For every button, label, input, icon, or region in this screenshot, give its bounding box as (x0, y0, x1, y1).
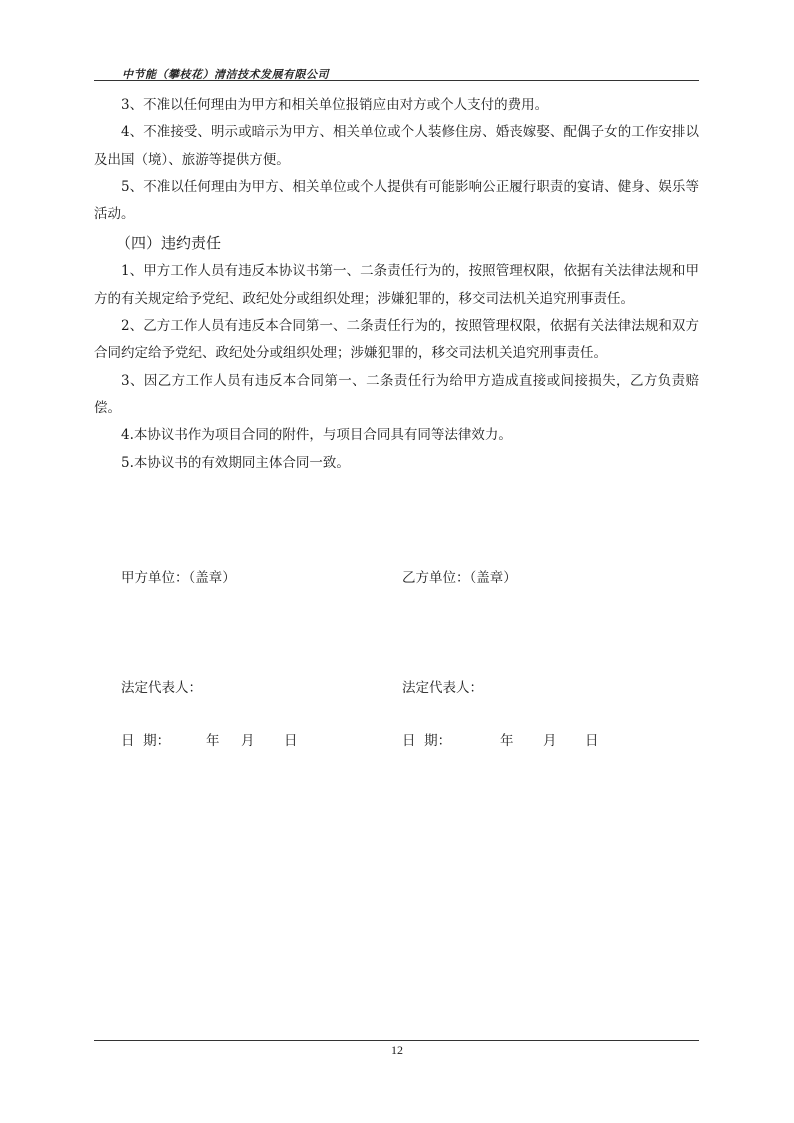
party-a-month: 月 (241, 729, 255, 749)
paragraph: 3、因乙方工作人员有违反本合同第一、二条责任行为给甲方造成直接或间接损失，乙方负… (94, 368, 699, 423)
paragraph: 4、不准接受、明示或暗示为甲方、相关单位或个人装修住房、婚丧嫁娶、配偶子女的工作… (94, 119, 699, 174)
page-number: 12 (0, 1043, 794, 1058)
section-title: （四）违约责任 (94, 228, 699, 258)
party-b-date-label: 日 期： (402, 729, 451, 749)
paragraph: 5、不准以任何理由为甲方、相关单位或个人提供有可能影响公正履行职责的宴请、健身、… (94, 174, 699, 229)
footer-divider (94, 1040, 699, 1041)
party-b-representative: 法定代表人： (402, 676, 483, 696)
party-b-unit: 乙方单位：（盖章） (402, 566, 517, 586)
party-b-month: 月 (543, 729, 557, 749)
paragraph: 4.本协议书作为项目合同的附件，与项目合同具有同等法律效力。 (94, 422, 699, 449)
paragraph: 1、甲方工作人员有违反本协议书第一、二条责任行为的，按照管理权限，依据有关法律法… (94, 258, 699, 313)
party-b-day: 日 (585, 729, 599, 749)
paragraph: 2、乙方工作人员有违反本合同第一、二条责任行为的，按照管理权限，依据有关法律法规… (94, 313, 699, 368)
party-a-day: 日 (284, 729, 298, 749)
party-a-date-label: 日 期： (121, 729, 170, 749)
header-divider (94, 80, 699, 81)
document-body: 3、不准以任何理由为甲方和相关单位报销应由对方或个人支付的费用。 4、不准接受、… (94, 92, 699, 477)
party-a-year: 年 (206, 729, 220, 749)
party-b-year: 年 (500, 729, 514, 749)
paragraph: 5.本协议书的有效期同主体合同一致。 (94, 450, 699, 477)
paragraph: 3、不准以任何理由为甲方和相关单位报销应由对方或个人支付的费用。 (94, 92, 699, 119)
party-a-unit: 甲方单位：（盖章） (121, 566, 236, 586)
party-a-representative: 法定代表人： (121, 676, 202, 696)
